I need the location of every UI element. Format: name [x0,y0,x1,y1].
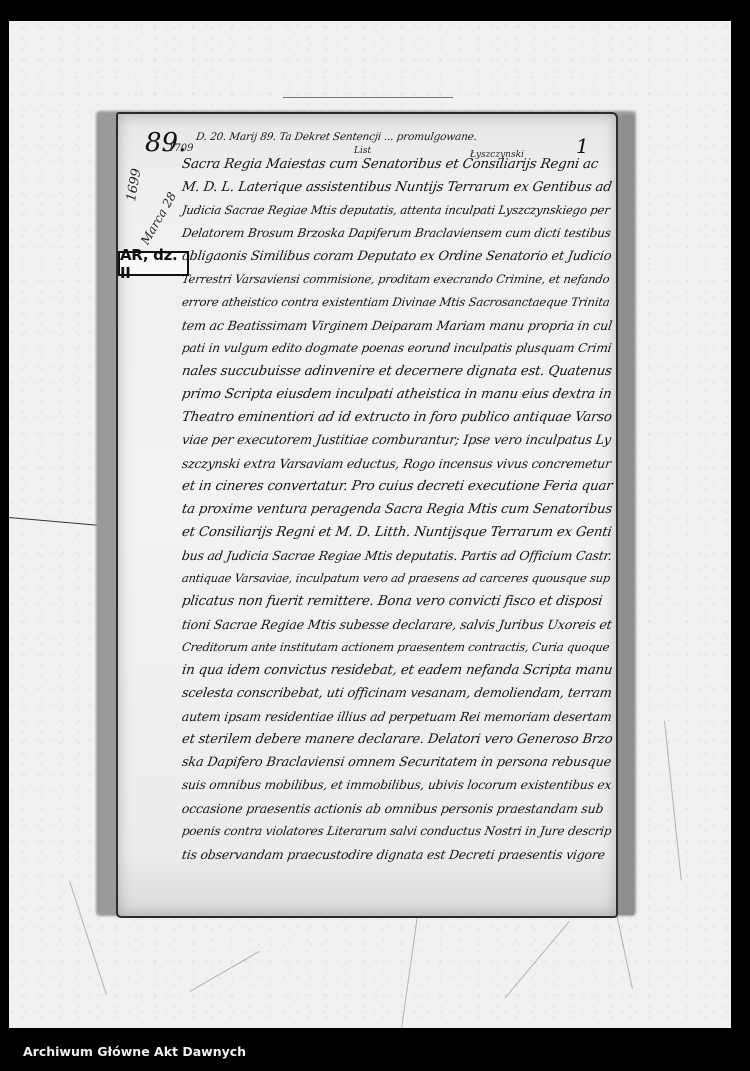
manuscript-line: suis omnibus mobilibus, et immobilibus, … [181,778,612,792]
surface-scratch [664,721,682,880]
page-number: 1 [576,134,589,158]
manuscript-line: bus ad Judicia Sacrae Regiae Mtis deputa… [181,548,613,563]
pencil-mark [283,97,453,98]
surface-scratch [401,901,420,1030]
manuscript-line: scelesta conscribebat, uti officinam ves… [181,686,613,701]
manuscript-line: plicatus non fuerit remittere. Bona vero… [181,594,603,609]
manuscript-line: errore atheistico contra existentiam Div… [181,295,611,309]
manuscript-line: tioni Sacrae Regiae Mtis subesse declara… [181,617,613,632]
manuscript-line: et sterilem debere manere declarare. Del… [181,732,613,747]
manuscript-line: tis observandam praecustodire dignata es… [181,847,606,862]
manuscript-line: M. D. L. Laterique assistentibus Nuntijs… [181,180,613,195]
archive-signature-label: AR, dz. II [118,251,189,276]
manuscript-line: nales succubuisse adinvenire et decerner… [181,364,613,379]
manuscript-line: szczynski extra Varsaviam eductus, Rogo … [181,456,612,471]
manuscript-line: Delatorem Brosum Brzoska Dapiferum Bracl… [181,226,612,240]
surface-scratch [190,951,260,992]
manuscript-line: et in cineres convertatur. Pro cuius dec… [181,479,613,494]
manuscript-line: poenis contra violatores Literarum salvi… [181,824,612,838]
manuscript-line: Terrestri Varsaviensi commisione, prodit… [181,272,610,286]
manuscript-line: Theatro eminentiori ad id extructo in fo… [181,410,613,425]
surface-scratch [505,921,570,998]
manuscript-line: ta proxime ventura peragenda Sacra Regia… [181,502,613,517]
manuscript-line: in qua idem convictus residebat, et eade… [181,663,613,678]
manuscript-line: ska Dapifero Braclaviensi omnem Securita… [181,755,612,770]
manuscript-line: pati in vulgum edito dogmate poenas eoru… [181,341,612,355]
interlinear-note: List [354,146,371,156]
manuscript-line: Sacra Regia Maiestas cum Senatoribus et … [181,157,599,172]
manuscript-line: autem ipsam residentiae illius ad perpet… [181,709,613,724]
manuscript-line: Judicia Sacrae Regiae Mtis deputatis, at… [181,203,611,217]
archive-caption: Archiwum Główne Akt Dawnych [23,1044,246,1059]
manuscript-line: primo Scripta eiusdem inculpati atheisti… [181,387,613,402]
manuscript-line: Creditorum ante institutam actionem prae… [181,640,610,654]
manuscript-line: occasione praesentis actionis ab omnibus… [181,801,605,816]
year-note: 1709 [168,143,193,154]
manuscript-line: obligaonis Similibus coram Deputato ex O… [181,249,612,264]
manuscript-line: et Consiliarijs Regni et M. D. Litth. Nu… [181,525,613,540]
header-line: D. 20. Marij 89. Ta Dekret Sentencji ...… [195,131,478,143]
manuscript-line: antiquae Varsaviae, inculpatum vero ad p… [181,571,611,585]
manuscript-line: tem ac Beatissimam Virginem Deiparam Mar… [181,318,613,333]
manuscript-line: viae per executorem Justitiae comburantu… [181,433,612,448]
